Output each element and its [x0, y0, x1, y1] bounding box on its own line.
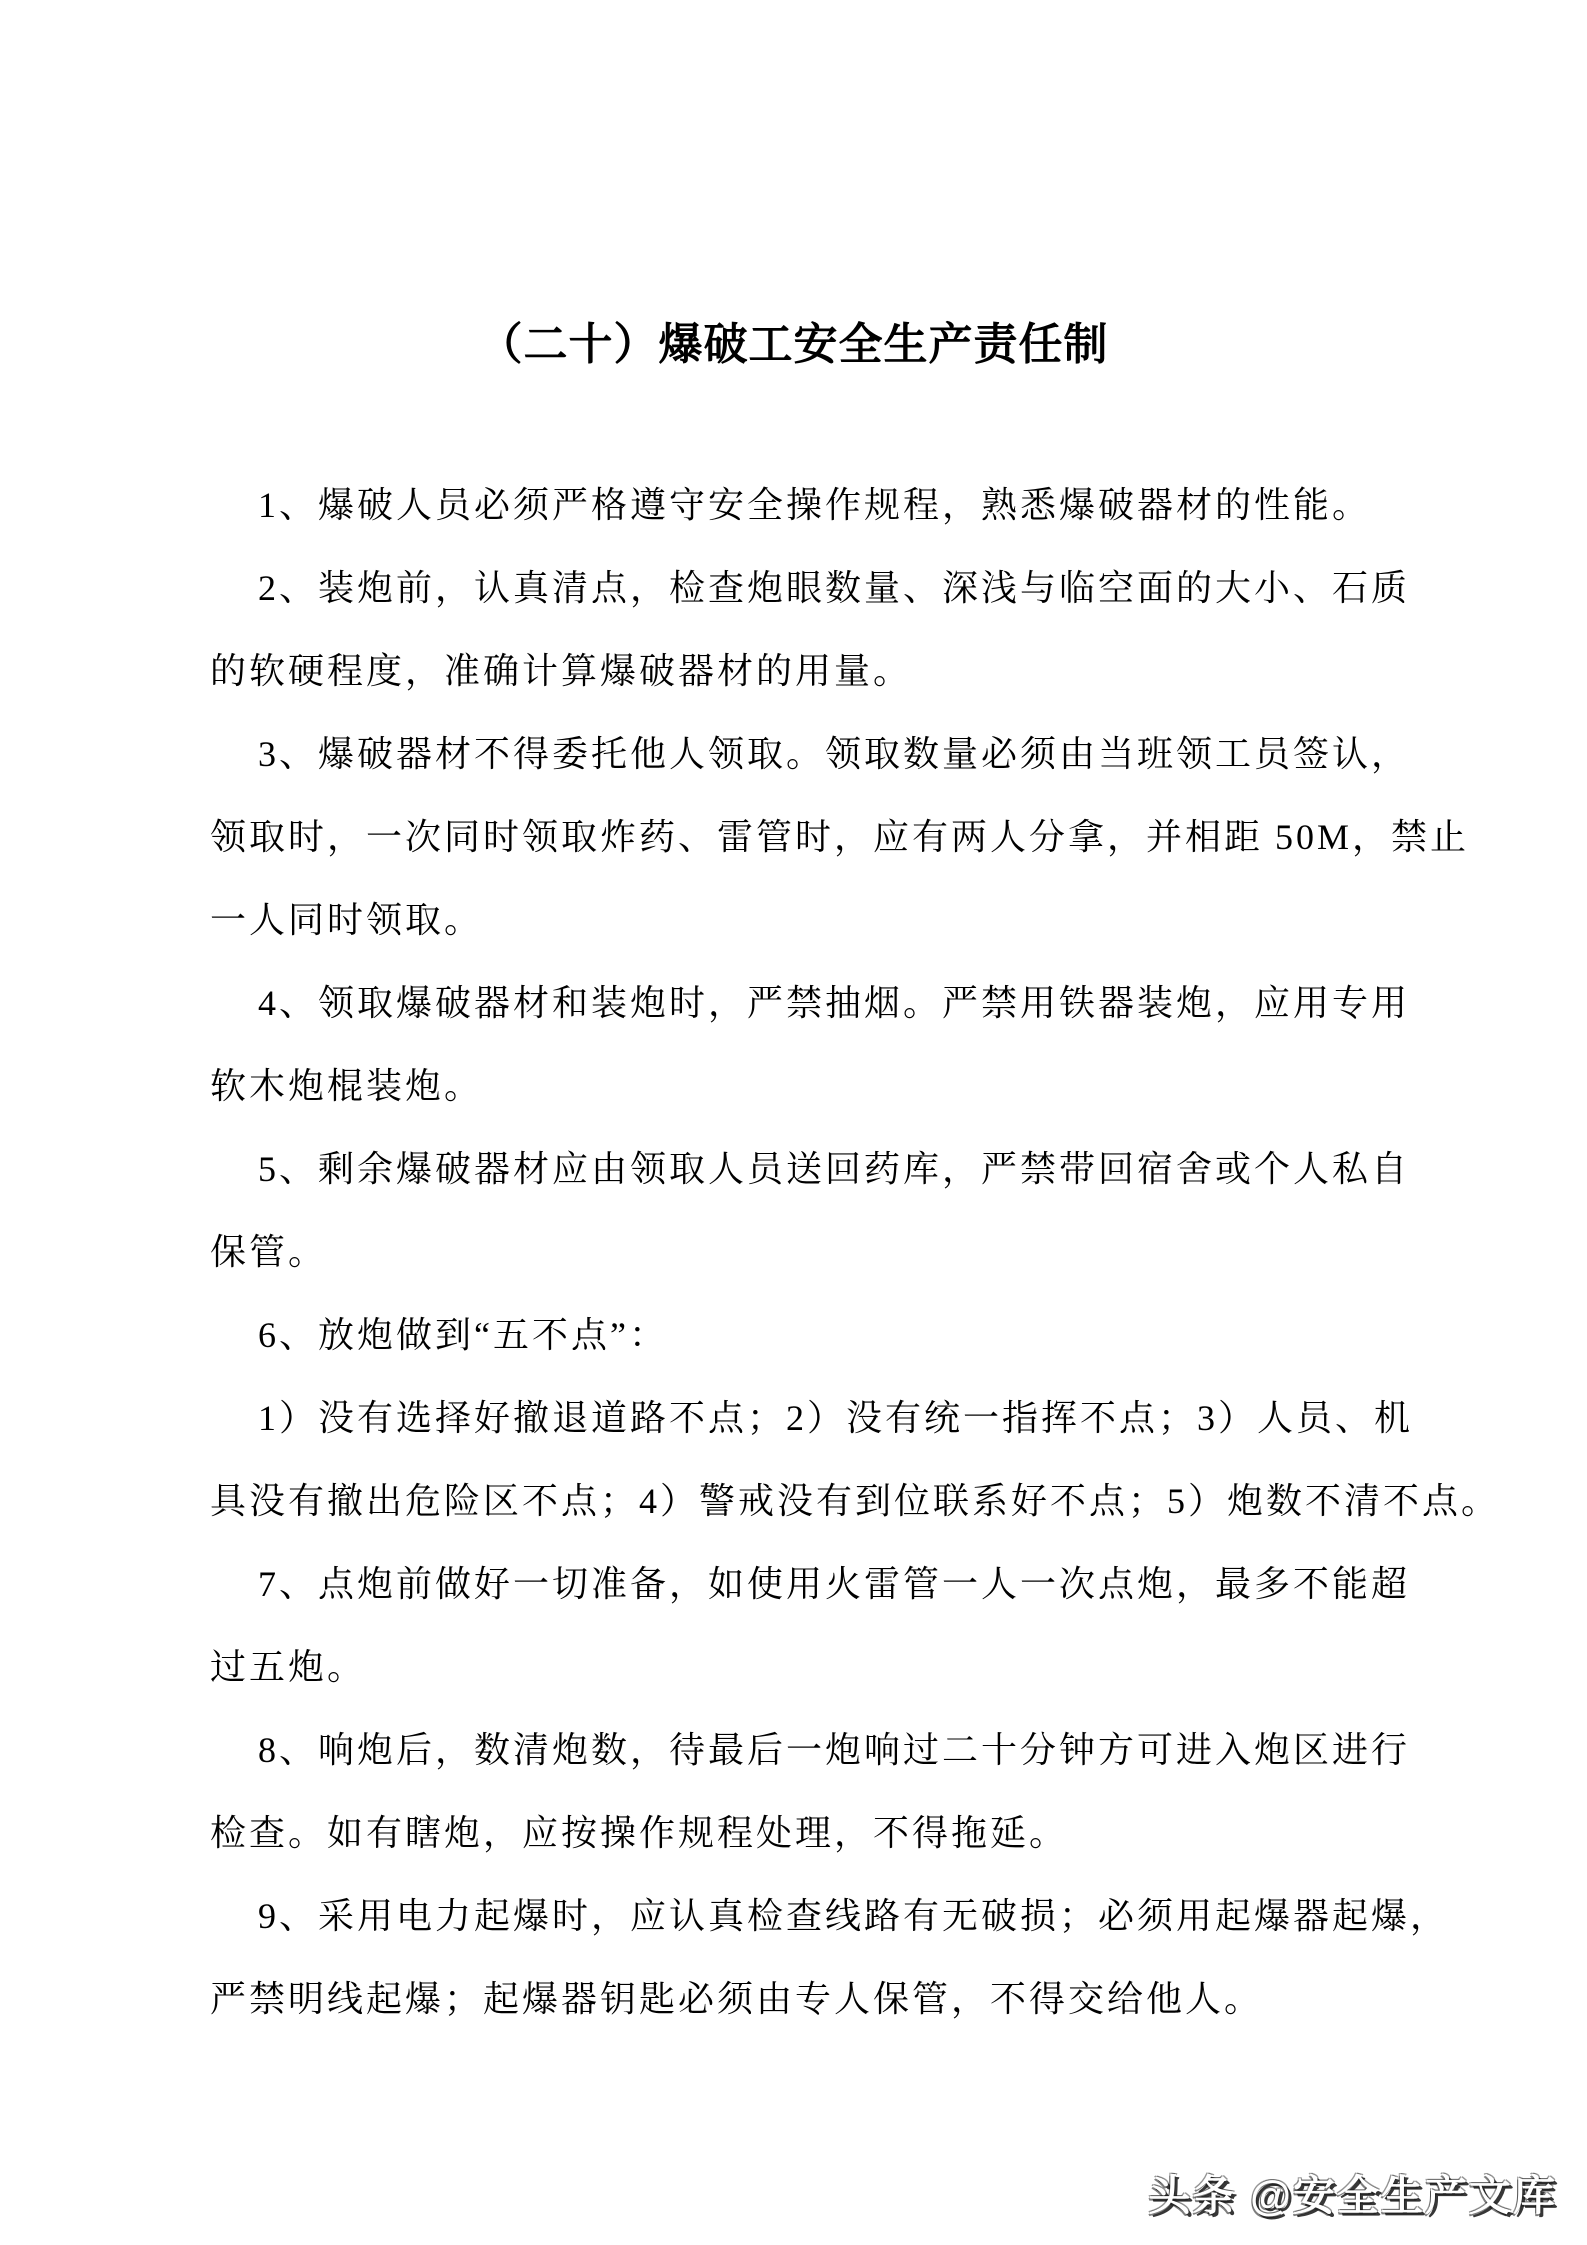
text-line: 6、放炮做到“五不点”： [210, 1310, 1460, 1393]
text-line: 3、爆破器材不得委托他人领取。领取数量必须由当班领工员签认， [210, 729, 1460, 812]
text-line: 领取时，一次同时领取炸药、雷管时，应有两人分拿，并相距 50M，禁止 [210, 812, 1460, 895]
text-line: 8、响炮后，数清炮数，待最后一炮响过二十分钟方可进入炮区进行 [210, 1725, 1460, 1808]
document-title: （二十）爆破工安全生产责任制 [0, 308, 1587, 372]
text-line: 具没有撤出危险区不点；4）警戒没有到位联系好不点；5）炮数不清不点。 [210, 1476, 1460, 1559]
text-line: 2、装炮前，认真清点，检查炮眼数量、深浅与临空面的大小、石质 [210, 563, 1460, 646]
document-body: 1、爆破人员必须严格遵守安全操作规程，熟悉爆破器材的性能。2、装炮前，认真清点，… [210, 480, 1460, 2057]
text-line: 1）没有选择好撤退道路不点；2）没有统一指挥不点；3）人员、机 [210, 1393, 1460, 1476]
text-line: 9、采用电力起爆时，应认真检查线路有无破损；必须用起爆器起爆， [210, 1891, 1460, 1974]
text-line: 软木炮棍装炮。 [210, 1061, 1460, 1144]
text-line: 4、领取爆破器材和装炮时，严禁抽烟。严禁用铁器装炮，应用专用 [210, 978, 1460, 1061]
text-line: 的软硬程度，准确计算爆破器材的用量。 [210, 646, 1460, 729]
text-line: 过五炮。 [210, 1642, 1460, 1725]
text-line: 1、爆破人员必须严格遵守安全操作规程，熟悉爆破器材的性能。 [210, 480, 1460, 563]
text-line: 严禁明线起爆；起爆器钥匙必须由专人保管，不得交给他人。 [210, 1974, 1460, 2057]
watermark-text: 头条 @安全生产文库 [1148, 2163, 1557, 2223]
text-line: 检查。如有瞎炮，应按操作规程处理，不得拖延。 [210, 1808, 1460, 1891]
text-line: 一人同时领取。 [210, 895, 1460, 978]
text-line: 保管。 [210, 1227, 1460, 1310]
document-page: （二十）爆破工安全生产责任制 1、爆破人员必须严格遵守安全操作规程，熟悉爆破器材… [0, 0, 1587, 2245]
text-line: 5、剩余爆破器材应由领取人员送回药库，严禁带回宿舍或个人私自 [210, 1144, 1460, 1227]
text-line: 7、点炮前做好一切准备，如使用火雷管一人一次点炮，最多不能超 [210, 1559, 1460, 1642]
